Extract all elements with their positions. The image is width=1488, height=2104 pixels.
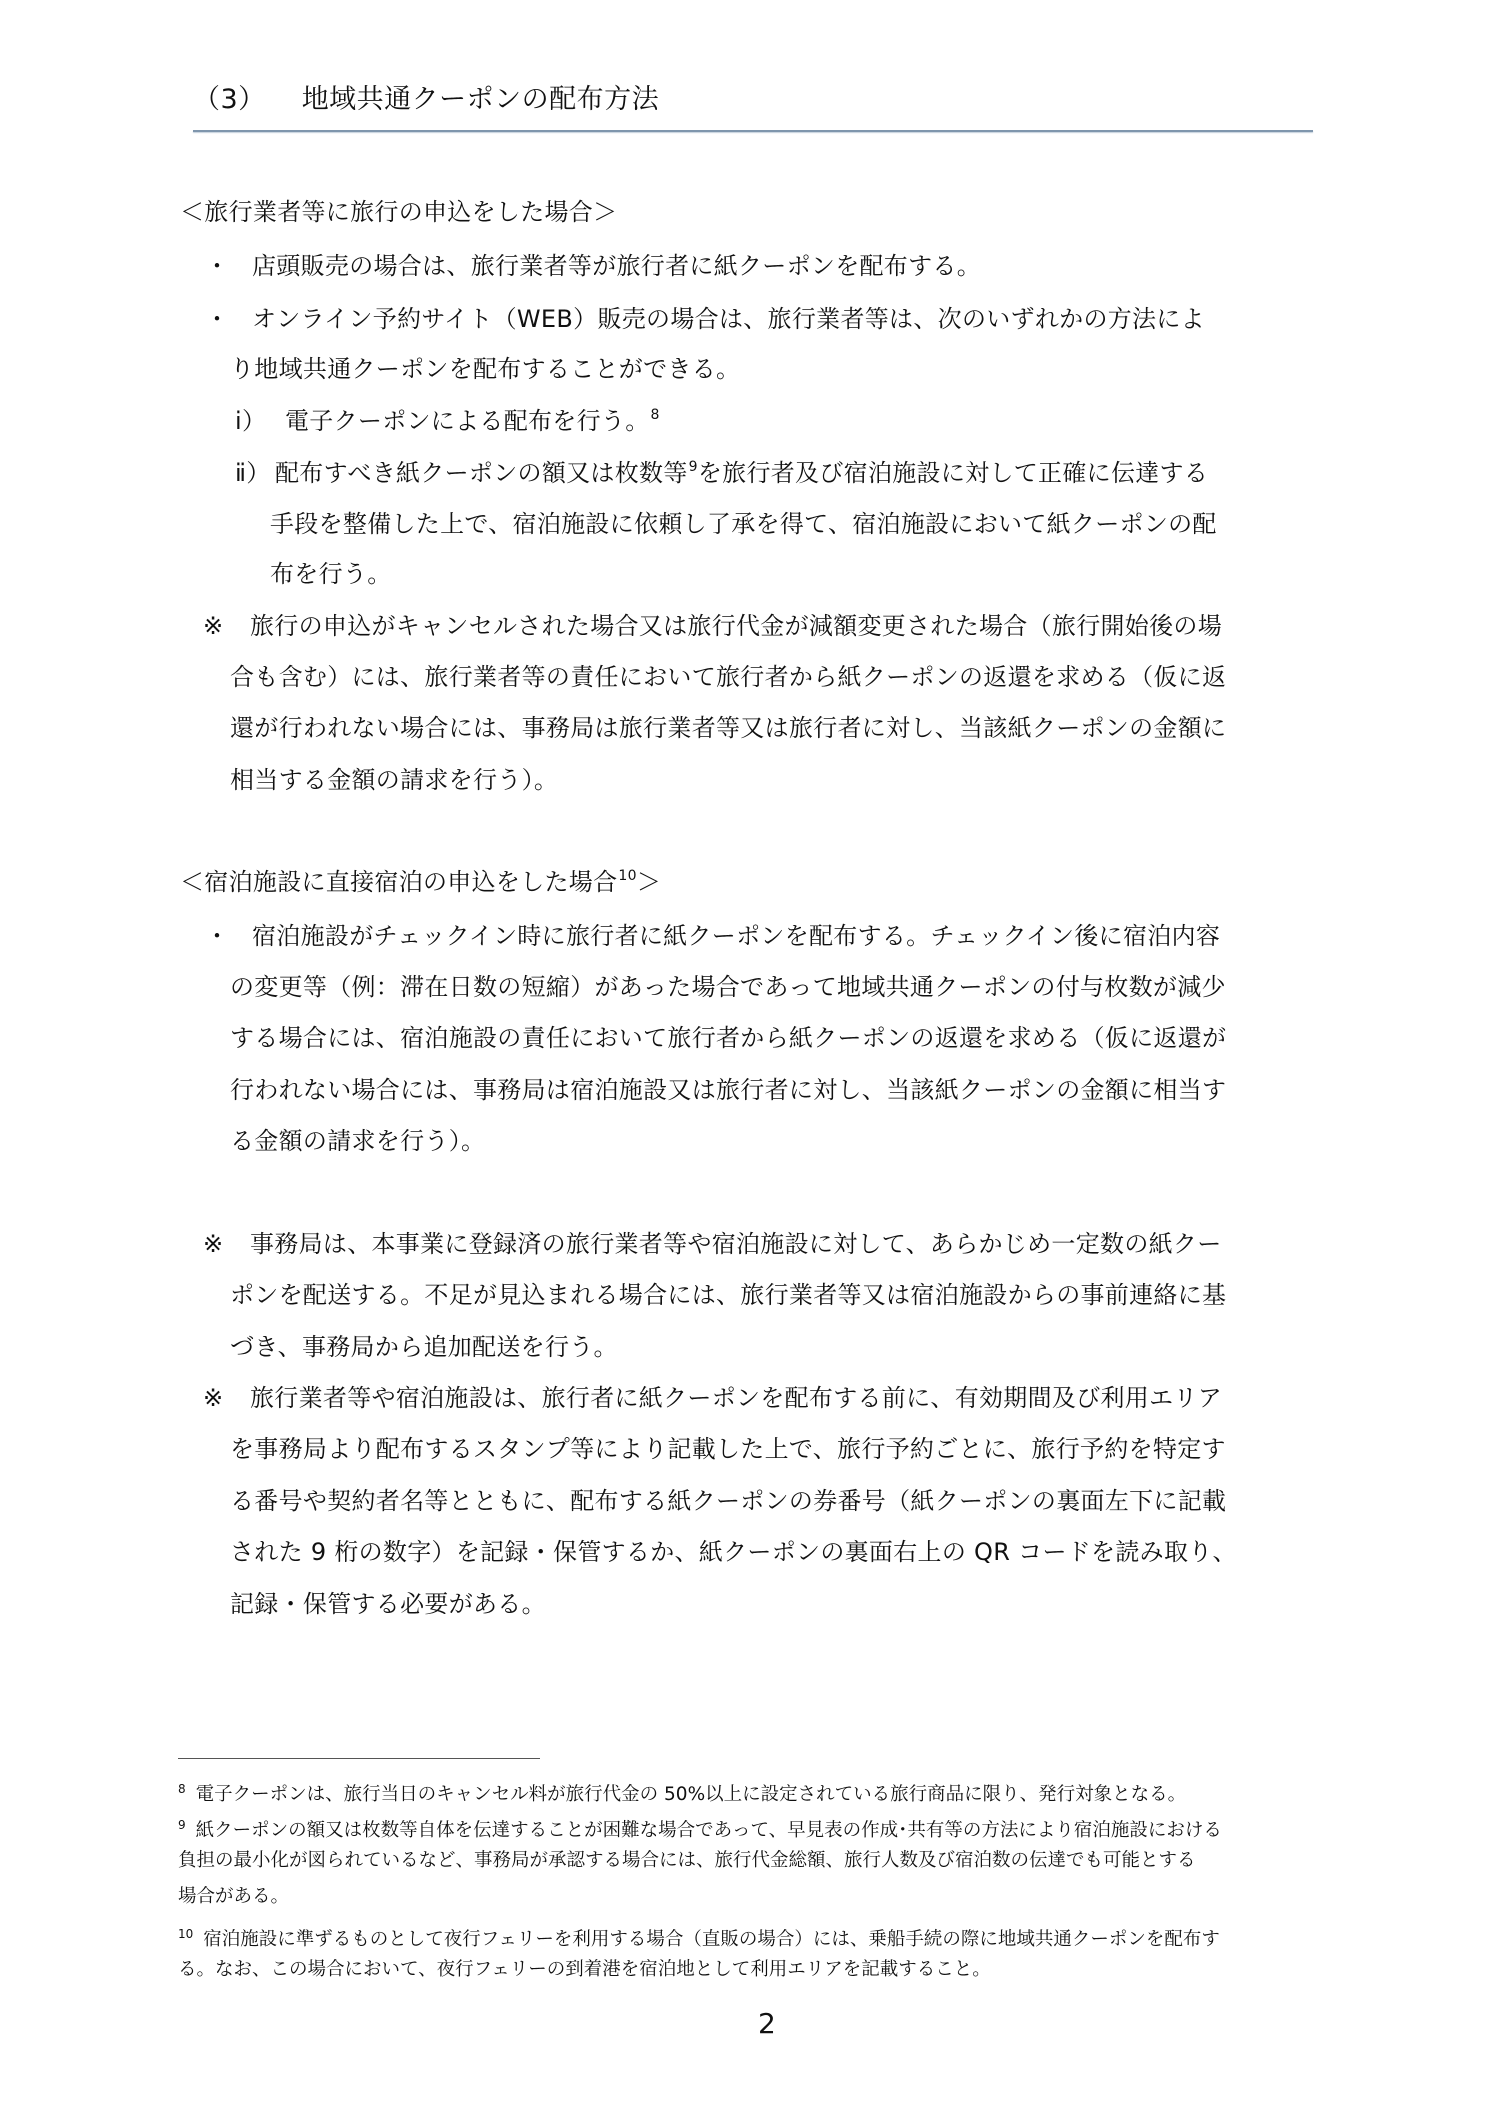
note-cancellation-cont-3: 相当する金額の請求を行う）。 — [230, 764, 558, 796]
bullet-marker: ・ — [205, 303, 252, 335]
note-marker: ※ — [203, 1382, 250, 1414]
footnote-10: 10宿泊施設に準ずるものとして夜行フェリーを利用する場合（直販の場合）には、乗船… — [178, 1921, 1220, 1953]
option-ii-cont-2: 布を行う。 — [270, 558, 392, 590]
footnote-mark: 8 — [178, 1782, 186, 1796]
note-marker: ※ — [203, 1228, 250, 1260]
option-ii-cont-1: 手段を整備した上で、宿泊施設に依頼し了承を得て、宿泊施設において紙クーポンの配 — [270, 508, 1217, 540]
section-title-text: 地域共通クーポンの配布方法 — [302, 84, 660, 115]
footnote-ref-10[interactable]: 10 — [618, 868, 636, 884]
note-recording-cont-2: る番号や契約者名等とともに、配布する紙クーポンの券番号（紙クーポンの裏面左下に記… — [230, 1485, 1226, 1517]
footnote-text: 紙クーポンの額又は枚数等自体を伝達することが困難な場合であって、早見表の作成･共… — [196, 1820, 1222, 1841]
bullet-online-sales-cont: り地域共通クーポンを配布することができる。 — [230, 353, 740, 385]
note-recording-cont-3: された 9 桁の数字）を記録・保管するか、紙クーポンの裏面右上の QR コードを… — [230, 1536, 1237, 1568]
footnote-text: 電子クーポンは、旅行当日のキャンセル料が旅行代金の 50%以上に設定されている旅… — [196, 1784, 1187, 1805]
note-distribution-cont-1: ポンを配送する。不足が見込まれる場合には、旅行業者等又は宿泊施設からの事前連絡に… — [230, 1279, 1226, 1311]
note-distribution-cont-2: づき、事務局から追加配送を行う。 — [230, 1331, 618, 1363]
footnote-text: 宿泊施設に準ずるものとして夜行フェリーを利用する場合（直販の場合）には、乗船手続… — [203, 1929, 1220, 1950]
option-text: 電子クーポンによる配布を行う。 — [285, 407, 650, 435]
section-title: （3）地域共通クーポンの配布方法 — [193, 80, 659, 120]
page-number: 2 — [758, 2008, 776, 2040]
bullet-text: オンライン予約サイト（WEB）販売の場合は、旅行業者等は、次のいずれかの方法によ — [252, 305, 1205, 333]
option-marker: ⅱ） — [235, 457, 275, 489]
option-i: ⅰ）電子クーポンによる配布を行う。8 — [235, 405, 660, 437]
footnote-9-cont-1: 負担の最小化が図られているなど、事務局が承認する場合には、旅行代金総額、旅行人数… — [178, 1848, 1196, 1874]
bullet-checkin-cont-3: 行われない場合には、事務局は宿泊施設又は旅行者に対し、当該紙クーポンの金額に相当… — [230, 1074, 1226, 1106]
footnote-9: 9紙クーポンの額又は枚数等自体を伝達することが困難な場合であって、早見表の作成･… — [178, 1812, 1222, 1844]
note-cancellation-cont-1: 合も含む）には、旅行業者等の責任において旅行者から紙クーポンの返還を求める（仮に… — [230, 661, 1226, 693]
bullet-text: 店頭販売の場合は、旅行業者等が旅行者に紙クーポンを配布する。 — [252, 252, 981, 280]
footnote-ref-8[interactable]: 8 — [651, 407, 660, 423]
bullet-checkin: ・宿泊施設がチェックイン時に旅行者に紙クーポンを配布する。チェックイン後に宿泊内… — [205, 920, 1220, 952]
note-recording-cont-1: を事務局より配布するスタンプ等により記載した上で、旅行予約ごとに、旅行予約を特定… — [230, 1433, 1226, 1465]
note-recording-cont-4: 記録・保管する必要がある。 — [230, 1588, 546, 1620]
option-ii: ⅱ）配布すべき紙クーポンの額又は枚数等9を旅行者及び宿泊施設に対して正確に伝達す… — [235, 457, 1208, 489]
note-cancellation: ※旅行の申込がキャンセルされた場合又は旅行代金が減額変更された場合（旅行開始後の… — [203, 610, 1222, 642]
option-text-after: を旅行者及び宿泊施設に対して正確に伝達する — [698, 459, 1208, 487]
footnote-10-cont-1: る。なお、この場合において、夜行フェリーの到着港を宿泊地として利用エリアを記載す… — [178, 1957, 991, 1983]
note-text: 事務局は、本事業に登録済の旅行業者等や宿泊施設に対して、あらかじめ一定数の紙クー — [250, 1230, 1222, 1258]
footnote-ref-9[interactable]: 9 — [689, 459, 698, 475]
footnote-9-cont-2: 場合がある。 — [178, 1884, 289, 1910]
bullet-store-sales: ・店頭販売の場合は、旅行業者等が旅行者に紙クーポンを配布する。 — [205, 250, 981, 282]
footnote-mark: 10 — [178, 1927, 193, 1941]
bullet-text: 宿泊施設がチェックイン時に旅行者に紙クーポンを配布する。チェックイン後に宿泊内容 — [252, 922, 1220, 950]
note-marker: ※ — [203, 610, 250, 642]
section-number: （3） — [193, 84, 266, 115]
note-distribution: ※事務局は、本事業に登録済の旅行業者等や宿泊施設に対して、あらかじめ一定数の紙ク… — [203, 1228, 1222, 1260]
option-marker: ⅰ） — [235, 405, 285, 437]
subheading-close: ＞ — [637, 868, 661, 896]
subheading-text: ＜宿泊施設に直接宿泊の申込をした場合 — [180, 868, 617, 896]
bullet-online-sales: ・オンライン予約サイト（WEB）販売の場合は、旅行業者等は、次のいずれかの方法に… — [205, 303, 1205, 335]
note-text: 旅行の申込がキャンセルされた場合又は旅行代金が減額変更された場合（旅行開始後の場 — [250, 612, 1222, 640]
subheading-travel-agency: ＜旅行業者等に旅行の申込をした場合＞ — [180, 196, 617, 228]
note-text: 旅行業者等や宿泊施設は、旅行者に紙クーポンを配布する前に、有効期間及び利用エリア — [250, 1384, 1222, 1412]
subheading-lodging: ＜宿泊施設に直接宿泊の申込をした場合10＞ — [180, 866, 661, 898]
bullet-marker: ・ — [205, 920, 252, 952]
bullet-checkin-cont-4: る金額の請求を行う）。 — [230, 1125, 485, 1157]
footnote-8: 8電子クーポンは、旅行当日のキャンセル料が旅行代金の 50%以上に設定されている… — [178, 1776, 1186, 1808]
bullet-checkin-cont-1: の変更等（例：滞在日数の短縮）があった場合であって地域共通クーポンの付与枚数が減… — [230, 971, 1226, 1003]
footnote-divider — [178, 1758, 540, 1759]
note-cancellation-cont-2: 還が行われない場合には、事務局は旅行業者等又は旅行者に対し、当該紙クーポンの金額… — [230, 712, 1226, 744]
bullet-marker: ・ — [205, 250, 252, 282]
bullet-checkin-cont-2: する場合には、宿泊施設の責任において旅行者から紙クーポンの返還を求める（仮に返還… — [230, 1022, 1226, 1054]
header-divider — [193, 130, 1313, 132]
footnote-mark: 9 — [178, 1818, 186, 1832]
option-text: 配布すべき紙クーポンの額又は枚数等 — [275, 459, 688, 487]
note-recording: ※旅行業者等や宿泊施設は、旅行者に紙クーポンを配布する前に、有効期間及び利用エリ… — [203, 1382, 1222, 1414]
